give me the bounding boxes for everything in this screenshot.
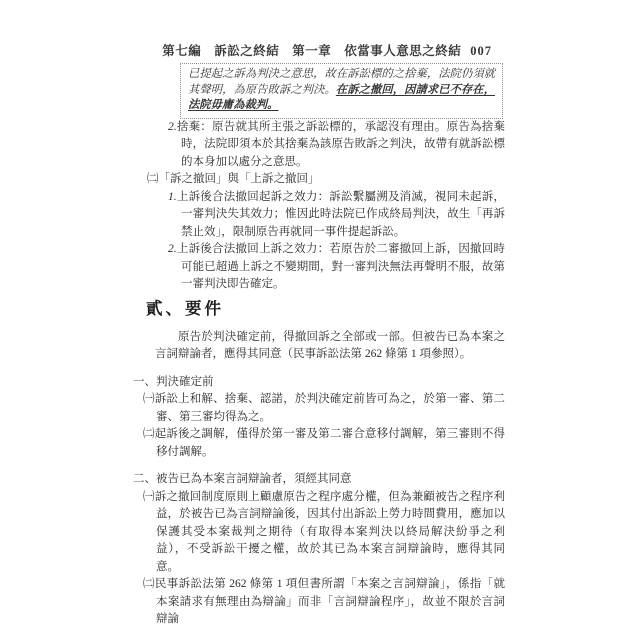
point-two-block: 二、被告已為本案言詞辯論者，須經其同意 ㈠訴之撤回制度原則上顧慮原告之程序處分權… [133, 471, 505, 629]
item-text: 捨棄：原告就其所主張之訴訟標的，承認沒有理由。原告為捨棄時，法院即須本於其捨棄為… [177, 121, 505, 168]
sub-item: ㈠訴訟上和解、捨棄、認諾，於判決確定前皆可為之，於第一審、第二審、第三審均得為之… [143, 391, 505, 426]
sub-item-marker: ㈠ [143, 491, 155, 503]
sub-item-marker: ㈠ [143, 393, 155, 405]
item-marker: 2. [168, 243, 177, 255]
sub-item: ㈡起訴後之調解，僅得於第一審及第二審合意移付調解，第三審則不得移付調解。 [143, 426, 505, 461]
item-marker: 1. [168, 191, 177, 203]
sub-item: ㈠訴之撤回制度原則上顧慮原告之程序處分權，但為兼顧被告之程序利益，於被告已為言詞… [143, 489, 505, 577]
sub-item-text: 訴訟上和解、捨棄、認諾，於判決確定前皆可為之，於第一審、第二審、第三審均得為之。 [155, 393, 505, 423]
item-text: 上訴後合法撤回上訴之效力：若原告於二審撤回上訴，因撤回時可能已超過上訴之不變期間… [177, 243, 505, 290]
sub-item-text: 民事訴訟法第 262 條第 1 項但書所謂「本案之言詞辯論」，係指「就本案請求有… [155, 578, 505, 625]
sub-item-marker: ㈡ [143, 428, 155, 440]
sub-item-text: 訴之撤回制度原則上顧慮原告之程序處分權，但為兼顧被告之程序利益，於被告已為言詞辯… [155, 491, 505, 573]
page-number: 007 [470, 44, 492, 58]
running-header: 第七編 訴訟之終結 第一章 依當事人意思之終結007 [0, 41, 492, 59]
item-text: 上訴後合法撤回起訴之效力：訴訟繫屬溯及消滅，視同未起訴，一審判決失其效力；惟因此… [177, 191, 505, 238]
list-item-withdraw-1: 1.上訴後合法撤回起訴之效力：訴訟繫屬溯及消滅，視同未起訴，一審判決失其效力；惟… [168, 189, 505, 242]
point-two-title: 二、被告已為本案言詞辯論者，須經其同意 [133, 471, 505, 489]
list-item-abandon: 2.捨棄：原告就其所主張之訴訟標的，承認沒有理由。原告為捨棄時，法院即須本於其捨… [168, 119, 505, 172]
withdraw-subheading: ㈡「訴之撤回」與「上訴之撤回」 [147, 171, 505, 189]
point-one-block: 一、判決確定前 ㈠訴訟上和解、捨棄、認諾，於判決確定前皆可為之，於第一審、第二審… [133, 374, 505, 462]
list-item-withdraw-2: 2.上訴後合法撤回上訴之效力：若原告於二審撤回上訴，因撤回時可能已超過上訴之不變… [168, 241, 505, 294]
item-marker: 2. [168, 121, 177, 133]
running-header-title: 第七編 訴訟之終結 第一章 依當事人意思之終結 [162, 44, 461, 58]
sub-item-marker: ㈡ [143, 578, 155, 590]
section-heading: 貳、要件 [146, 299, 505, 319]
intro-paragraph: 原告於判決確定前，得撤回訴之全部或一部。但被告已為本案之言詞辯論者，應得其同意（… [155, 329, 505, 364]
sub-item-text: 起訴後之調解，僅得於第一審及第二審合意移付調解，第三審則不得移付調解。 [155, 428, 505, 458]
point-one-title: 一、判決確定前 [133, 374, 505, 392]
callout-box: 已提起之訴為判決之意思，故在訴訟標的之捨棄，法院仍須就其聲明，為原告敗訴之判決。… [180, 63, 503, 119]
book-page: 第七編 訴訟之終結 第一章 依當事人意思之終結007 已提起之訴為判決之意思，故… [0, 0, 640, 640]
page-content: 已提起之訴為判決之意思，故在訴訟標的之捨棄，法院仍須就其聲明，為原告敗訴之判決。… [133, 63, 505, 639]
sub-item: ㈡民事訴訟法第 262 條第 1 項但書所謂「本案之言詞辯論」，係指「就本案請求… [143, 576, 505, 629]
